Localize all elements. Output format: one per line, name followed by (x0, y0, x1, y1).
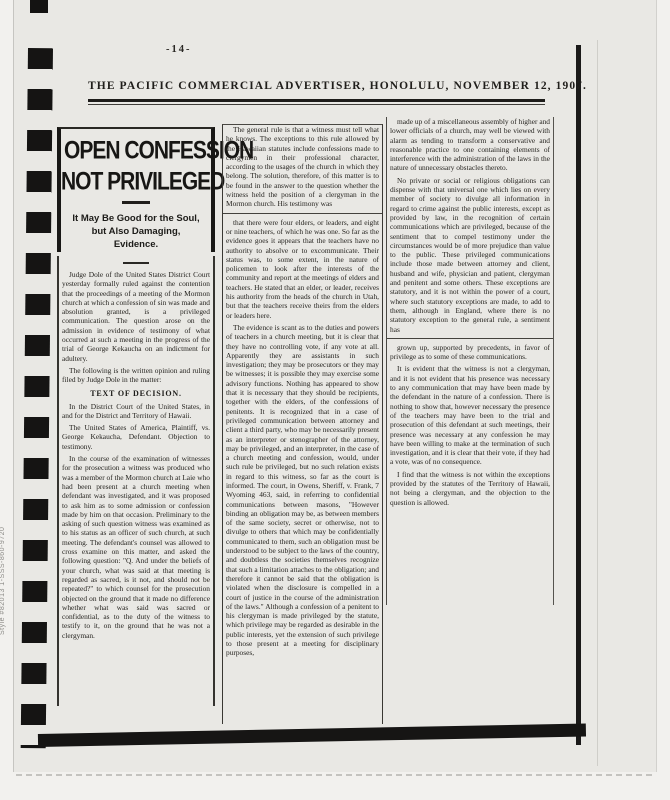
subhead-line-1: It May Be Good for the Soul, (72, 213, 199, 224)
paragraph: The United States of America, Plaintiff,… (59, 423, 213, 451)
section-head-text-of-decision: TEXT OF DECISION. (59, 389, 213, 398)
article-subhead: It May Be Good for the Soul, but Also Da… (61, 212, 211, 251)
paragraph: The evidence is scant as to the duties a… (223, 323, 382, 658)
subhead-line-3: Evidence. (114, 239, 158, 250)
paragraph: that there were four elders, or leaders,… (223, 218, 382, 320)
headline-divider (122, 201, 150, 204)
paragraph: It is evident that the witness is not a … (387, 364, 553, 466)
headline-line-2: NOT PRIVILEGED (61, 168, 208, 197)
corner-mark (30, 0, 48, 13)
paragraph: No private or social or religious obliga… (387, 176, 553, 334)
paragraph: In the District Court of the United Stat… (59, 402, 213, 421)
column-block-rule (387, 338, 553, 339)
sleeve-inner-edge (597, 40, 598, 766)
paragraph: I find that the witness is not within th… (387, 470, 553, 507)
paragraph: The following is the written opinion and… (59, 366, 213, 385)
masthead-rule (88, 99, 545, 102)
paragraph: In the course of the examination of witn… (59, 454, 213, 640)
sleeve-stitch-line (16, 774, 652, 776)
column-block-rule (223, 213, 382, 214)
article-column-3: made up of a miscellaneous assembly of h… (386, 117, 554, 605)
headline-line-1: OPEN CONFESSION (64, 137, 211, 166)
paragraph: The general rule is that a witness must … (223, 125, 382, 209)
article-column-2: The general rule is that a witness must … (222, 124, 383, 724)
newspaper-masthead: THE PACIFIC COMMERCIAL ADVERTISER, HONOL… (88, 80, 558, 92)
subhead-divider (123, 262, 149, 264)
paragraph: made up of a miscellaneous assembly of h… (387, 117, 553, 173)
paragraph: Judge Dole of the United States District… (59, 270, 213, 363)
article-column-1: Judge Dole of the United States District… (57, 256, 215, 706)
sleeve-side-label: Style #82013 1-SSS-860-9720 (0, 455, 13, 635)
paragraph: grown up, supported by precedents, in fa… (387, 343, 553, 362)
masthead-rule-thin (88, 104, 545, 105)
page-right-edge-bar (576, 45, 581, 745)
article-headline-box: OPEN CONFESSION NOT PRIVILEGED It May Be… (57, 127, 215, 252)
page-number: -14- (166, 44, 192, 55)
subhead-line-2: but Also Damaging, (92, 226, 181, 237)
